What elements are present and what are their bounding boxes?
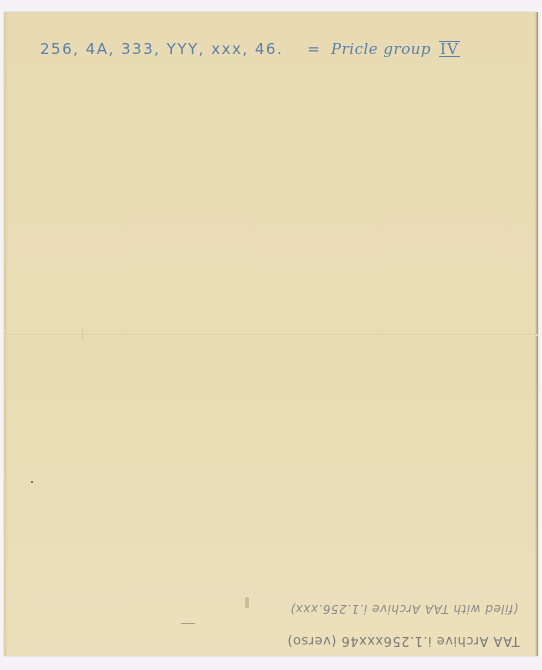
group-label: Pricle group xyxy=(331,40,431,58)
index-card xyxy=(4,12,538,656)
fold-crease-mark xyxy=(82,328,83,340)
code-list: 256, 4A, 333, YYY, xxx, 46. xyxy=(40,40,283,58)
fold-line xyxy=(4,334,538,336)
archive-reference: TAA Archive i.1.256xxx46 (verso) xyxy=(287,633,520,648)
equals-sign: = xyxy=(307,40,321,58)
pencil-dash xyxy=(181,623,195,624)
ink-dot xyxy=(31,481,33,483)
pencil-smudge xyxy=(245,597,249,608)
handwritten-header: 256, 4A, 333, YYY, xxx, 46. = Pricle gro… xyxy=(40,40,460,58)
group-numeral: IV xyxy=(439,41,460,57)
filed-with-note: (filed with TAA Archive i.1.256.xxx) xyxy=(290,602,518,616)
